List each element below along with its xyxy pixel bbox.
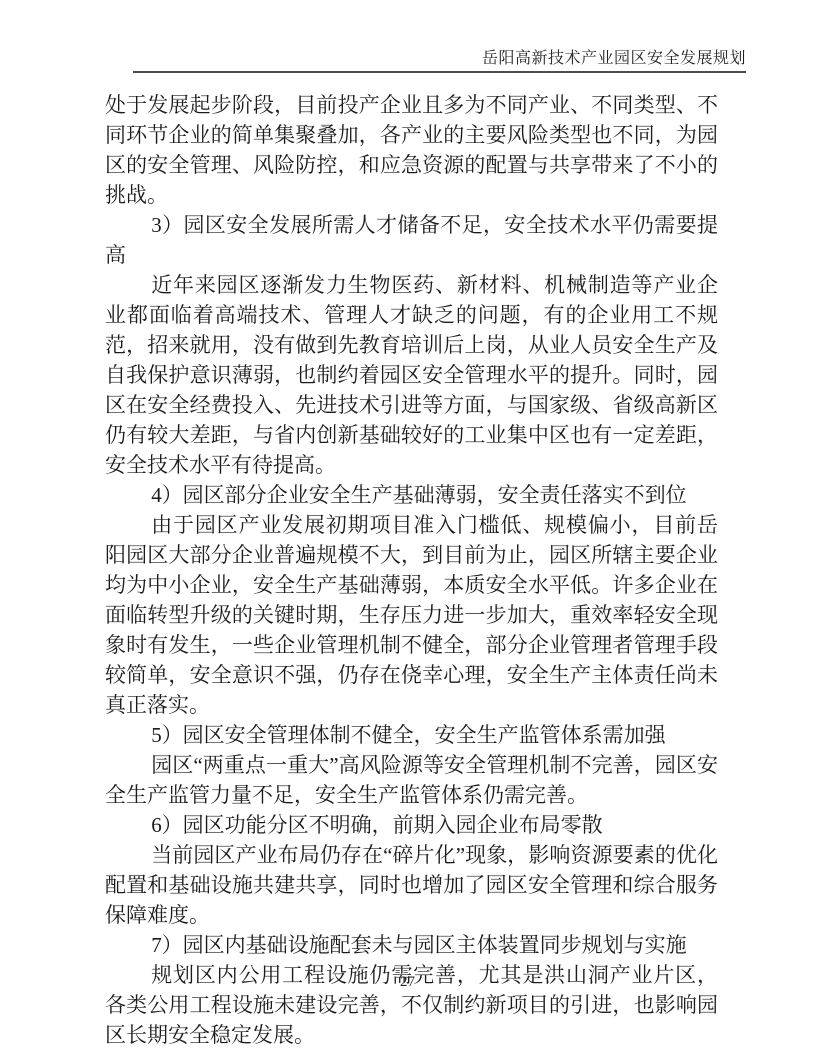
page-number: 27 [0,974,815,991]
section-heading: 6）园区功能分区不明确，前期入园企业布局零散 [105,810,718,840]
paragraph: 处于发展起步阶段，目前投产企业且多为不同产业、不同类型、不同环节企业的简单集聚叠… [105,90,718,210]
paragraph: 园区“两重点一重大”高风险源等安全管理机制不完善，园区安全生产监管力量不足，安全… [105,750,718,810]
section-heading: 3）园区安全发展所需人才储备不足，安全技术水平仍需要提高 [105,210,718,270]
page-header-title: 岳阳高新技术产业园区安全发展规划 [133,49,746,68]
paragraph: 当前园区产业布局仍存在“碎片化”现象，影响资源要素的优化配置和基础设施共建共享，… [105,840,718,930]
paragraph: 近年来园区逐渐发力生物医药、新材料、机械制造等产业企业都面临着高端技术、管理人才… [105,270,718,480]
header-divider-line [133,71,746,73]
paragraph: 由于园区产业发展初期项目准入门槛低、规模偏小，目前岳阳园区大部分企业普遍规模不大… [105,510,718,720]
section-heading: 4）园区部分企业安全生产基础薄弱，安全责任落实不到位 [105,480,718,510]
body-text: 处于发展起步阶段，目前投产企业且多为不同产业、不同类型、不同环节企业的简单集聚叠… [105,90,718,1050]
document-page: 岳阳高新技术产业园区安全发展规划 处于发展起步阶段，目前投产企业且多为不同产业、… [0,0,815,1055]
section-heading: 7）园区内基础设施配套未与园区主体装置同步规划与实施 [105,930,718,960]
section-heading: 5）园区安全管理体制不健全，安全生产监管体系需加强 [105,720,718,750]
